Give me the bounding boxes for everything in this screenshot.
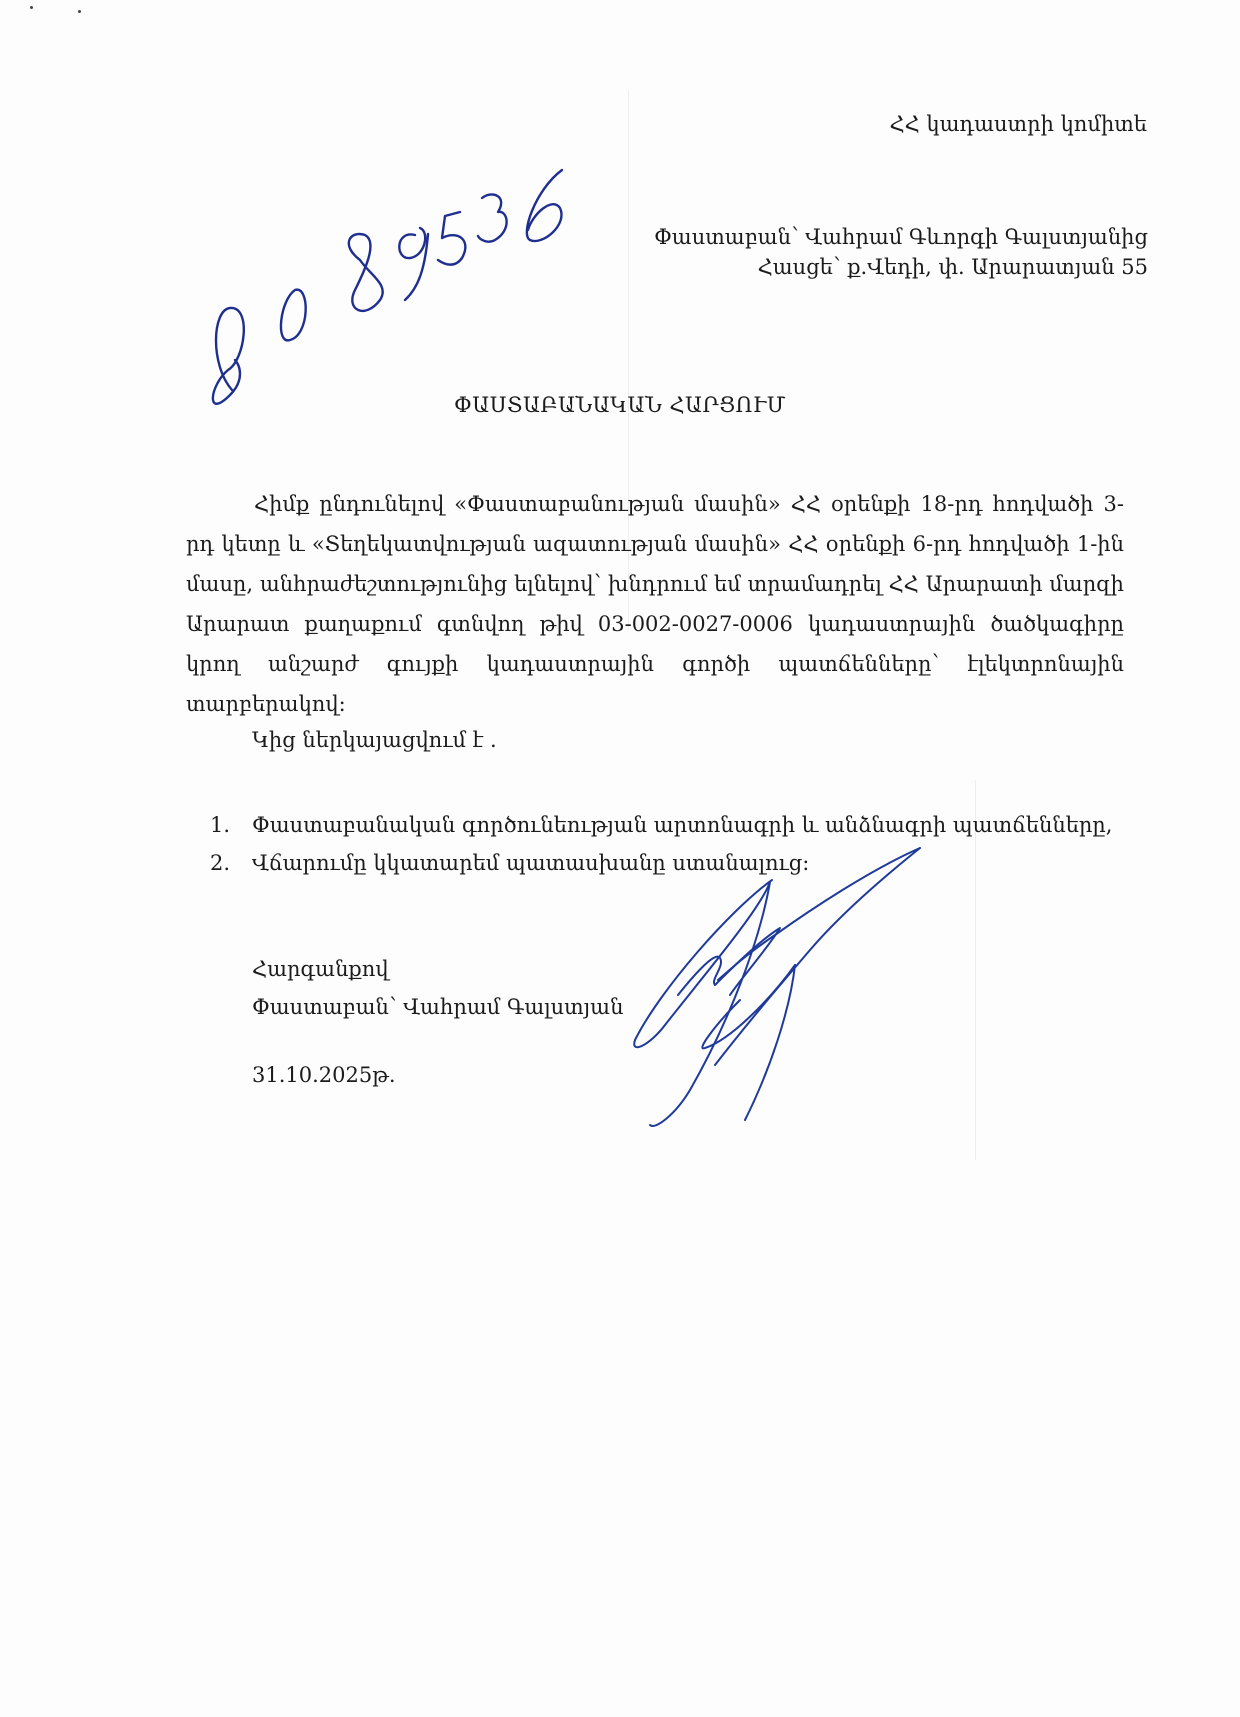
handwritten-signature [620,830,940,1130]
document-title: ՓԱՍՏԱԲԱՆԱԿԱՆ ՀԱՐՑՈՒՄ [0,393,1240,417]
sender-address: Հասցե՝ ք.Վեդի, փ. Արարատյան 55 [654,252,1148,282]
document-date: 31.10.2025թ. [252,1063,396,1087]
sender-name: Փաստաբան՝ Վահրամ Գևորգի Գալստյանից [654,222,1148,252]
request-body: Հիմք ընդունելով «Փաստաբանության մասին» Հ… [186,484,1124,724]
attachment-number: 1. [210,806,252,844]
closing-salutation: Հարգանքով [252,950,623,988]
handwritten-registration-number [190,160,610,420]
scan-speck [78,10,81,13]
attachments-label: Կից ներկայացվում է . [252,728,497,752]
closing-block: Հարգանքով Փաստաբան՝ Վահրամ Գալստյան [252,950,623,1026]
document-page: ՀՀ կադաստրի կոմիտե Փաստաբան՝ Վահրամ Գևոր… [0,0,1240,1717]
sender-block: Փաստաբան՝ Վահրամ Գևորգի Գալստյանից Հասցե… [654,222,1148,282]
attachment-number: 2. [210,844,252,882]
scan-speck [30,6,33,9]
recipient: ՀՀ կադաստրի կոմիտե [890,112,1147,136]
signatory-name: Փաստաբան՝ Վահրամ Գալստյան [252,988,623,1026]
